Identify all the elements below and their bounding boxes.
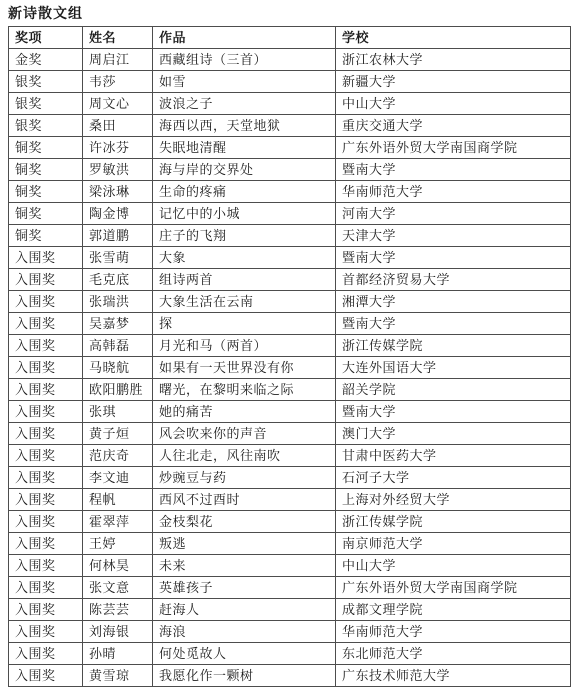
table-cell-work: 风会吹来你的声音: [153, 423, 336, 445]
table-cell-name: 陈芸芸: [83, 599, 153, 621]
table-row: 入围奖王婷叛逃南京师范大学: [9, 533, 571, 555]
table-cell-work: 炒豌豆与药: [153, 467, 336, 489]
table-cell-work: 大象: [153, 247, 336, 269]
table-cell-name: 高韩磊: [83, 335, 153, 357]
table-cell-award: 铜奖: [9, 181, 83, 203]
table-cell-school: 中山大学: [336, 93, 571, 115]
table-cell-work: 赶海人: [153, 599, 336, 621]
table-row: 入围奖霍翠萍金枝梨花浙江传媒学院: [9, 511, 571, 533]
table-cell-award: 入围奖: [9, 555, 83, 577]
table-cell-name: 许冰芬: [83, 137, 153, 159]
column-header-award: 奖项: [9, 27, 83, 49]
table-cell-work: 如果有一天世界没有你: [153, 357, 336, 379]
column-header-name: 姓名: [83, 27, 153, 49]
table-cell-work: 金枝梨花: [153, 511, 336, 533]
table-row: 铜奖陶金博记忆中的小城河南大学: [9, 203, 571, 225]
table-cell-school: 浙江农林大学: [336, 49, 571, 71]
table-row: 铜奖梁泳琳生命的疼痛华南师范大学: [9, 181, 571, 203]
table-row: 入围奖毛克底组诗两首首都经济贸易大学: [9, 269, 571, 291]
table-cell-award: 银奖: [9, 93, 83, 115]
table-row: 入围奖何林昊未来中山大学: [9, 555, 571, 577]
table-cell-school: 新疆大学: [336, 71, 571, 93]
table-cell-award: 铜奖: [9, 137, 83, 159]
table-cell-name: 黄雪琼: [83, 665, 153, 687]
table-row: 入围奖李文迪炒豌豆与药石河子大学: [9, 467, 571, 489]
table-cell-award: 入围奖: [9, 423, 83, 445]
table-cell-award: 入围奖: [9, 599, 83, 621]
table-cell-name: 周文心: [83, 93, 153, 115]
table-cell-name: 韦莎: [83, 71, 153, 93]
table-cell-school: 华南师范大学: [336, 181, 571, 203]
column-header-work: 作品: [153, 27, 336, 49]
table-cell-award: 入围奖: [9, 291, 83, 313]
table-cell-school: 暨南大学: [336, 401, 571, 423]
table-cell-award: 入围奖: [9, 269, 83, 291]
table-row: 入围奖张文意英雄孩子广东外语外贸大学南国商学院: [9, 577, 571, 599]
table-cell-work: 海浪: [153, 621, 336, 643]
table-cell-name: 孙晴: [83, 643, 153, 665]
table-cell-name: 梁泳琳: [83, 181, 153, 203]
table-cell-award: 入围奖: [9, 511, 83, 533]
table-cell-work: 探: [153, 313, 336, 335]
table-cell-award: 入围奖: [9, 335, 83, 357]
document-page: 新诗散文组 奖项姓名作品学校 金奖周启江西藏组诗（三首）浙江农林大学银奖韦莎如雪…: [0, 0, 578, 687]
awards-table: 奖项姓名作品学校 金奖周启江西藏组诗（三首）浙江农林大学银奖韦莎如雪新疆大学银奖…: [8, 26, 571, 687]
table-cell-award: 银奖: [9, 71, 83, 93]
table-cell-name: 张文意: [83, 577, 153, 599]
table-cell-school: 暨南大学: [336, 247, 571, 269]
table-cell-work: 人往北走，风往南吹: [153, 445, 336, 467]
table-cell-work: 如雪: [153, 71, 336, 93]
table-header-row: 奖项姓名作品学校: [9, 27, 571, 49]
table-cell-school: 石河子大学: [336, 467, 571, 489]
table-cell-school: 广东外语外贸大学南国商学院: [336, 577, 571, 599]
table-cell-award: 入围奖: [9, 379, 83, 401]
table-cell-work: 失眠地清醒: [153, 137, 336, 159]
table-cell-name: 周启江: [83, 49, 153, 71]
table-cell-school: 成都文理学院: [336, 599, 571, 621]
table-cell-name: 黄子烜: [83, 423, 153, 445]
table-cell-name: 桑田: [83, 115, 153, 137]
table-cell-award: 银奖: [9, 115, 83, 137]
table-row: 银奖韦莎如雪新疆大学: [9, 71, 571, 93]
table-cell-name: 霍翠萍: [83, 511, 153, 533]
table-cell-award: 入围奖: [9, 467, 83, 489]
table-cell-award: 入围奖: [9, 445, 83, 467]
table-cell-name: 罗敏洪: [83, 159, 153, 181]
table-cell-award: 入围奖: [9, 577, 83, 599]
table-cell-work: 月光和马（两首）: [153, 335, 336, 357]
table-cell-school: 河南大学: [336, 203, 571, 225]
table-cell-award: 入围奖: [9, 533, 83, 555]
table-row: 入围奖高韩磊月光和马（两首）浙江传媒学院: [9, 335, 571, 357]
table-row: 入围奖马晓航如果有一天世界没有你大连外国语大学: [9, 357, 571, 379]
table-row: 入围奖欧阳鹏胜曙光，在黎明来临之际韶关学院: [9, 379, 571, 401]
table-cell-work: 西藏组诗（三首）: [153, 49, 336, 71]
table-cell-school: 东北师范大学: [336, 643, 571, 665]
table-cell-school: 暨南大学: [336, 159, 571, 181]
table-row: 入围奖张琪她的痛苦暨南大学: [9, 401, 571, 423]
table-cell-award: 入围奖: [9, 247, 83, 269]
table-cell-school: 广东外语外贸大学南国商学院: [336, 137, 571, 159]
table-header: 奖项姓名作品学校: [9, 27, 571, 49]
table-cell-award: 金奖: [9, 49, 83, 71]
table-cell-name: 毛克底: [83, 269, 153, 291]
table-cell-work: 记忆中的小城: [153, 203, 336, 225]
table-cell-name: 张琪: [83, 401, 153, 423]
table-cell-work: 何处觅故人: [153, 643, 336, 665]
table-cell-award: 入围奖: [9, 621, 83, 643]
table-cell-name: 吴嘉梦: [83, 313, 153, 335]
table-cell-work: 我愿化作一颗树: [153, 665, 336, 687]
table-cell-work: 大象生活在云南: [153, 291, 336, 313]
table-cell-school: 暨南大学: [336, 313, 571, 335]
table-row: 铜奖许冰芬失眠地清醒广东外语外贸大学南国商学院: [9, 137, 571, 159]
table-cell-school: 中山大学: [336, 555, 571, 577]
table-row: 银奖桑田海西以西，天堂地狱重庆交通大学: [9, 115, 571, 137]
table-cell-school: 浙江传媒学院: [336, 511, 571, 533]
table-row: 入围奖黄子烜风会吹来你的声音澳门大学: [9, 423, 571, 445]
table-row: 入围奖陈芸芸赶海人成都文理学院: [9, 599, 571, 621]
column-header-school: 学校: [336, 27, 571, 49]
table-cell-name: 范庆奇: [83, 445, 153, 467]
table-cell-work: 海与岸的交界处: [153, 159, 336, 181]
table-cell-work: 生命的疼痛: [153, 181, 336, 203]
table-cell-school: 华南师范大学: [336, 621, 571, 643]
table-cell-name: 程帆: [83, 489, 153, 511]
table-cell-name: 何林昊: [83, 555, 153, 577]
table-cell-work: 英雄孩子: [153, 577, 336, 599]
table-row: 入围奖程帆西风不过酉时上海对外经贸大学: [9, 489, 571, 511]
page-title: 新诗散文组: [0, 0, 578, 26]
table-cell-name: 马晓航: [83, 357, 153, 379]
table-cell-school: 南京师范大学: [336, 533, 571, 555]
table-cell-name: 张瑞洪: [83, 291, 153, 313]
table-row: 入围奖黄雪琼我愿化作一颗树广东技术师范大学: [9, 665, 571, 687]
table-cell-work: 未来: [153, 555, 336, 577]
table-row: 入围奖刘海银海浪华南师范大学: [9, 621, 571, 643]
table-cell-work: 海西以西，天堂地狱: [153, 115, 336, 137]
table-cell-award: 铜奖: [9, 225, 83, 247]
table-cell-award: 入围奖: [9, 357, 83, 379]
table-cell-work: 西风不过酉时: [153, 489, 336, 511]
table-row: 入围奖吴嘉梦探暨南大学: [9, 313, 571, 335]
table-cell-award: 铜奖: [9, 203, 83, 225]
table-row: 铜奖罗敏洪海与岸的交界处暨南大学: [9, 159, 571, 181]
table-cell-name: 张雪萌: [83, 247, 153, 269]
table-cell-school: 浙江传媒学院: [336, 335, 571, 357]
table-cell-school: 澳门大学: [336, 423, 571, 445]
table-cell-school: 甘肃中医药大学: [336, 445, 571, 467]
table-cell-work: 她的痛苦: [153, 401, 336, 423]
table-cell-award: 入围奖: [9, 489, 83, 511]
table-row: 入围奖孙晴何处觅故人东北师范大学: [9, 643, 571, 665]
table-cell-school: 湘潭大学: [336, 291, 571, 313]
table-cell-name: 刘海银: [83, 621, 153, 643]
table-cell-award: 入围奖: [9, 313, 83, 335]
table-row: 铜奖郭道鹏庄子的飞翔天津大学: [9, 225, 571, 247]
table-cell-work: 叛逃: [153, 533, 336, 555]
table-row: 银奖周文心波浪之子中山大学: [9, 93, 571, 115]
table-cell-name: 欧阳鹏胜: [83, 379, 153, 401]
table-cell-award: 铜奖: [9, 159, 83, 181]
table-body: 金奖周启江西藏组诗（三首）浙江农林大学银奖韦莎如雪新疆大学银奖周文心波浪之子中山…: [9, 49, 571, 687]
table-cell-work: 组诗两首: [153, 269, 336, 291]
table-cell-name: 郭道鹏: [83, 225, 153, 247]
table-cell-school: 首都经济贸易大学: [336, 269, 571, 291]
table-cell-school: 天津大学: [336, 225, 571, 247]
table-cell-award: 入围奖: [9, 665, 83, 687]
table-cell-school: 大连外国语大学: [336, 357, 571, 379]
table-cell-work: 庄子的飞翔: [153, 225, 336, 247]
table-cell-school: 广东技术师范大学: [336, 665, 571, 687]
table-cell-award: 入围奖: [9, 643, 83, 665]
table-cell-award: 入围奖: [9, 401, 83, 423]
table-cell-work: 波浪之子: [153, 93, 336, 115]
table-row: 金奖周启江西藏组诗（三首）浙江农林大学: [9, 49, 571, 71]
table-cell-school: 上海对外经贸大学: [336, 489, 571, 511]
table-row: 入围奖张瑞洪大象生活在云南湘潭大学: [9, 291, 571, 313]
table-cell-name: 王婷: [83, 533, 153, 555]
table-cell-name: 李文迪: [83, 467, 153, 489]
table-cell-school: 重庆交通大学: [336, 115, 571, 137]
table-row: 入围奖范庆奇人往北走，风往南吹甘肃中医药大学: [9, 445, 571, 467]
table-cell-school: 韶关学院: [336, 379, 571, 401]
table-cell-name: 陶金博: [83, 203, 153, 225]
table-row: 入围奖张雪萌大象暨南大学: [9, 247, 571, 269]
table-cell-work: 曙光，在黎明来临之际: [153, 379, 336, 401]
